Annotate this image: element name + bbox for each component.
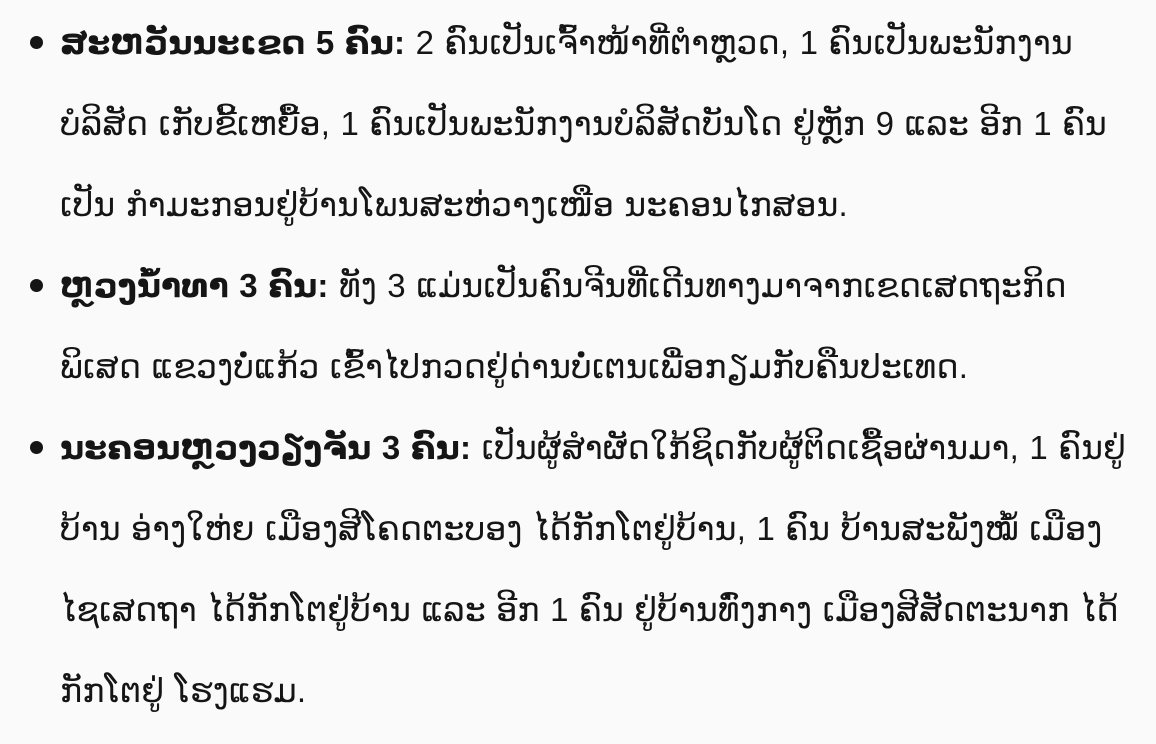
bullet-dot-icon	[30, 36, 43, 49]
list-item-text: ຫຼວງນ້ຳທາ 3 ຄົນ: ທັງ 3 ແມ່ນເປັນຄົນຈີນທີ່…	[60, 245, 1140, 407]
list-item-savannakhet: ສະຫວັນນະເຂດ 5 ຄົນ: 2 ຄົນເປັນເຈົ້າໜ້າທີ່ຕ…	[30, 2, 1140, 245]
list-item-vientiane-capital: ນະຄອນຫຼວງວຽງຈັນ 3 ຄົນ: ເປັນຜູ້ສຳຜັດໃກ້ຊິ…	[30, 407, 1140, 731]
list-item-text: ສະຫວັນນະເຂດ 5 ຄົນ: 2 ຄົນເປັນເຈົ້າໜ້າທີ່ຕ…	[60, 2, 1140, 245]
bullet-dot-icon	[30, 279, 43, 292]
list-item-lead: ນະຄອນຫຼວງວຽງຈັນ 3 ຄົນ:	[60, 429, 471, 466]
page: { "page": { "background_color": "#fafafa…	[0, 0, 1156, 744]
bullet-list: ສະຫວັນນະເຂດ 5 ຄົນ: 2 ຄົນເປັນເຈົ້າໜ້າທີ່ຕ…	[30, 2, 1140, 731]
list-item-body: ເປັນຜູ້ສຳຜັດໃກ້ຊິດກັບຜູ້ຕິດເຊື້ອຜ່ານມາ, …	[60, 429, 1126, 709]
list-item-text: ນະຄອນຫຼວງວຽງຈັນ 3 ຄົນ: ເປັນຜູ້ສຳຜັດໃກ້ຊິ…	[60, 407, 1140, 731]
list-item-lead: ສະຫວັນນະເຂດ 5 ຄົນ:	[60, 24, 405, 61]
bullet-dot-icon	[30, 441, 43, 454]
list-item-lead: ຫຼວງນ້ຳທາ 3 ຄົນ:	[60, 267, 329, 304]
document: ສະຫວັນນະເຂດ 5 ຄົນ: 2 ຄົນເປັນເຈົ້າໜ້າທີ່ຕ…	[0, 0, 1156, 744]
list-item-luang-namtha: ຫຼວງນ້ຳທາ 3 ຄົນ: ທັງ 3 ແມ່ນເປັນຄົນຈີນທີ່…	[30, 245, 1140, 407]
